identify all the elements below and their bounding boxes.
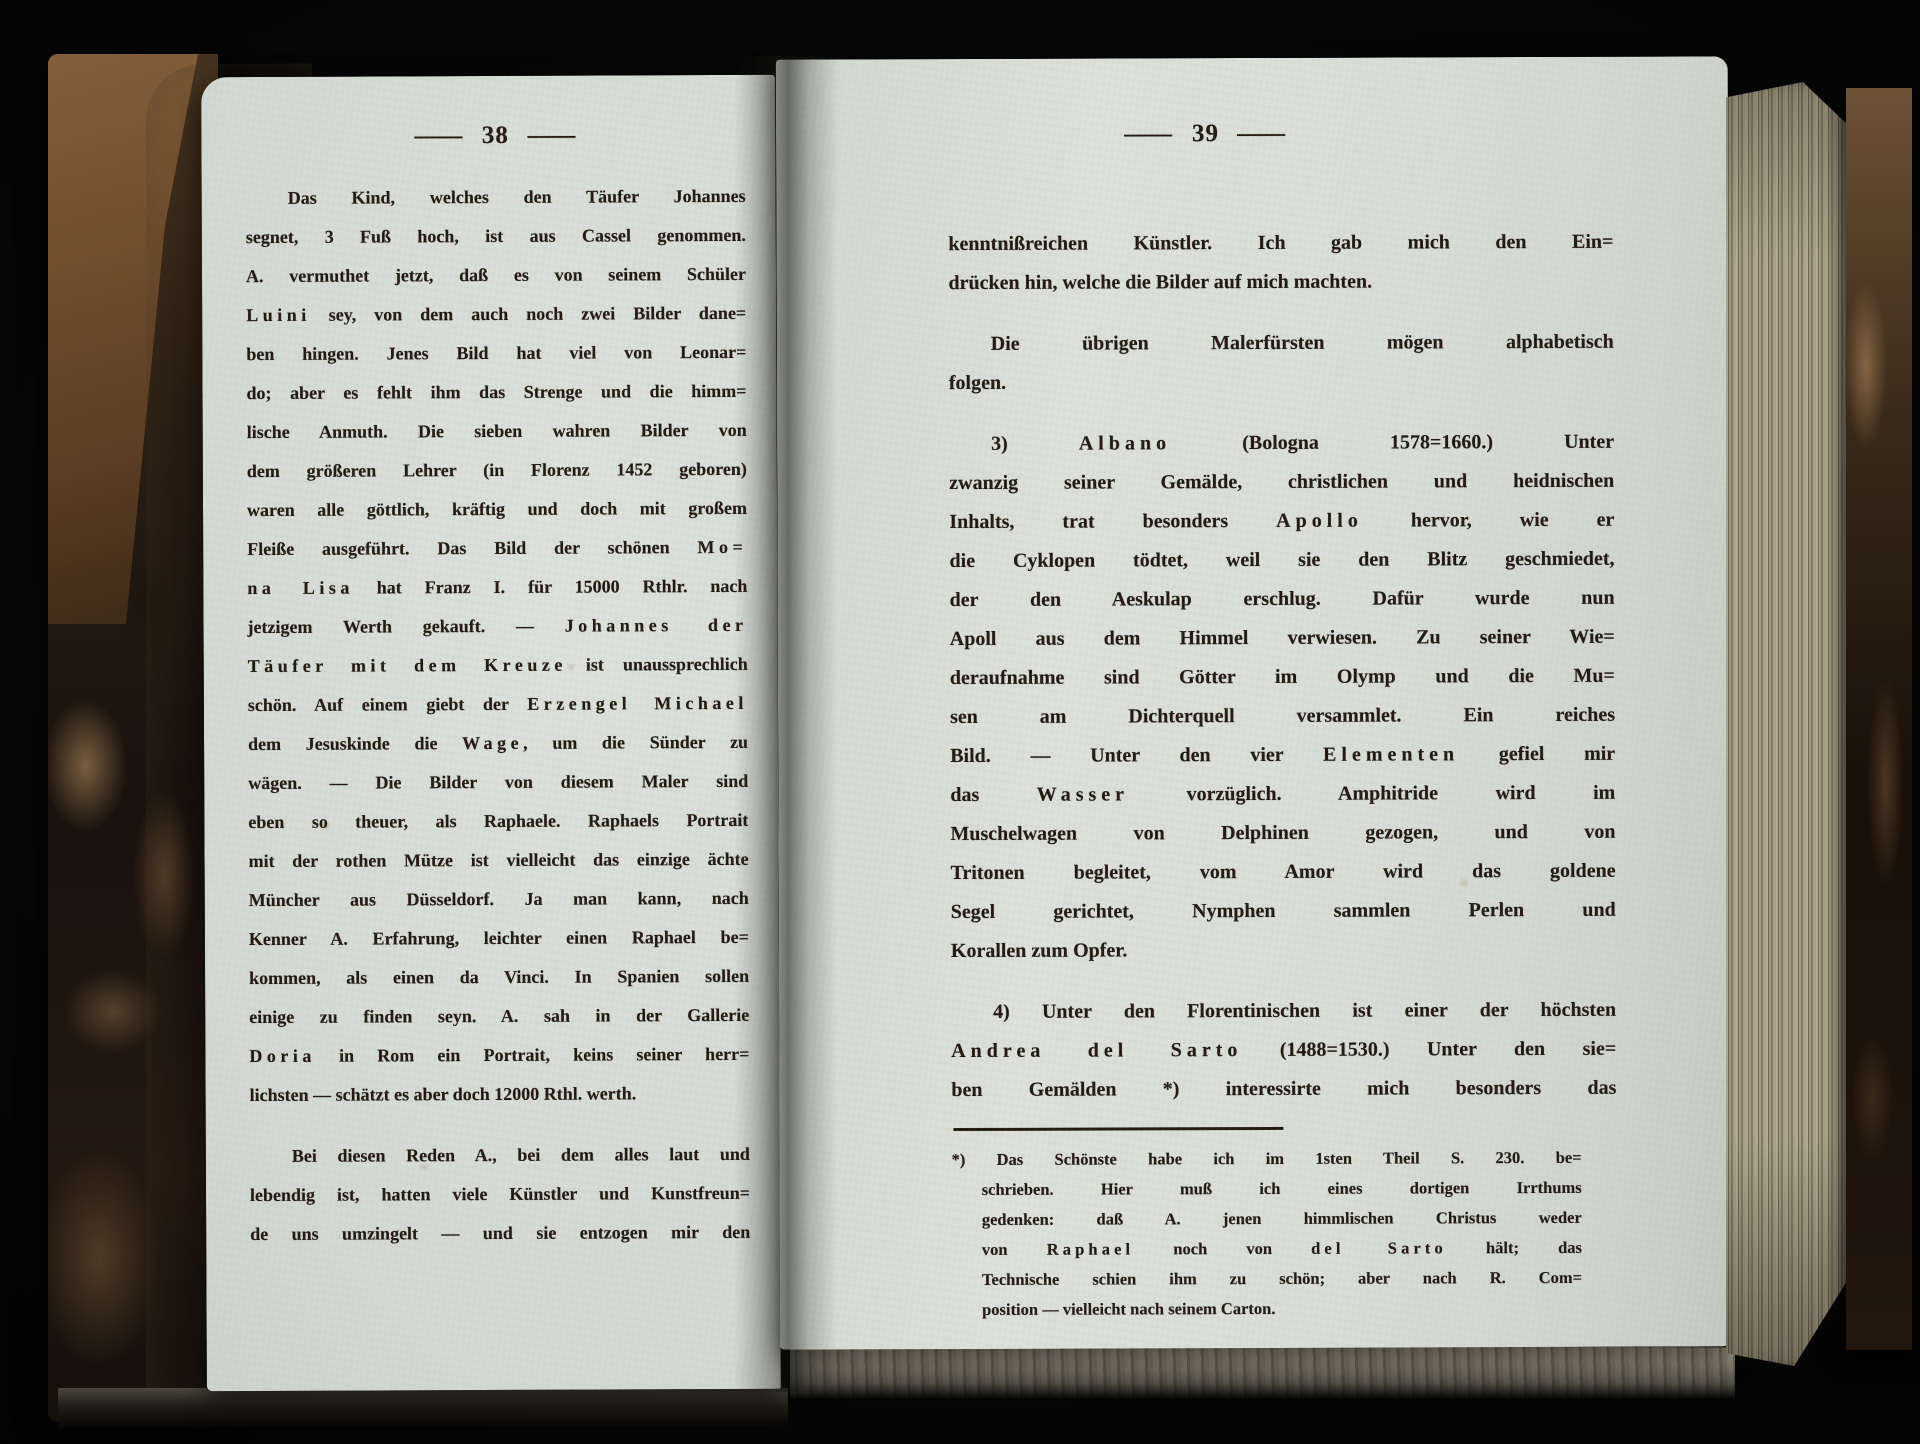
text-segment: lichsten — schätzt es aber doch 12000 Rt… bbox=[250, 1083, 637, 1105]
letterspaced-text: Apollo bbox=[1276, 510, 1363, 532]
text-segment: Apoll aus dem Himmel verwiesen. Zu seine… bbox=[950, 626, 1615, 650]
header-dash: — bbox=[527, 115, 577, 154]
letterspaced-text: Luini bbox=[246, 305, 311, 325]
page-number-header-right: — 39 — bbox=[948, 115, 1613, 151]
text-line: Bild. — Unter den vier Elementen gefiel … bbox=[950, 735, 1615, 776]
text-line: 4) Unter den Florentinischen ist einer d… bbox=[951, 991, 1616, 1032]
footnote-rule bbox=[953, 1127, 1283, 1131]
text-segment: Technische schien ihm zu schön; aber nac… bbox=[982, 1268, 1582, 1289]
text-line: lebendig ist, hatten viele Künstler und … bbox=[250, 1174, 750, 1215]
text-line: Luini sey, von dem auch noch zwei Bilder… bbox=[246, 294, 746, 335]
text-segment: Korallen zum Opfer. bbox=[951, 939, 1128, 962]
text-segment: 3) bbox=[991, 433, 1079, 455]
header-dash: — bbox=[414, 116, 464, 155]
text-line: wägen. — Die Bilder von diesem Maler sin… bbox=[248, 762, 748, 803]
letterspaced-text: Täufer mit dem Kreuze bbox=[248, 655, 567, 676]
text-line: Inhalts, trat besonders Apollo hervor, w… bbox=[949, 501, 1614, 542]
text-line: dem Jesuskinde die Wage, um die Sünder z… bbox=[248, 723, 748, 764]
paragraph: Das Kind, welches den Täufer Johannesseg… bbox=[246, 177, 750, 1115]
text-line: position — vielleicht nach seinem Carton… bbox=[982, 1293, 1582, 1325]
text-segment: lische Anmuth. Die sieben wahren Bilder … bbox=[247, 420, 747, 442]
text-segment: Das Kind, welches den Täufer Johannes bbox=[288, 186, 746, 208]
text-segment: einige zu finden seyn. A. sah in der Gal… bbox=[249, 1005, 749, 1027]
text-segment: hat Franz I. für 15000 Rthlr. nach bbox=[354, 576, 748, 598]
text-line: schön. Auf einem giebt der Erzengel Mich… bbox=[248, 684, 748, 725]
text-segment: ist unaussprechlich bbox=[567, 654, 748, 675]
text-line: Segel gerichtet, Nymphen sammlen Perlen … bbox=[951, 891, 1616, 932]
text-segment: folgen. bbox=[949, 372, 1006, 394]
text-line: Doria in Rom ein Portrait, keins seiner … bbox=[249, 1035, 749, 1076]
text-segment: A. vermuthet jetzt, daß es von seinem Sc… bbox=[246, 264, 746, 286]
left-page-text: — 38 — Das Kind, welches den Täufer Joha… bbox=[245, 117, 750, 1254]
text-segment: Inhalts, trat besonders bbox=[949, 510, 1276, 533]
text-segment: deraufnahme sind Götter im Olymp und die… bbox=[950, 665, 1615, 689]
left-page-body: Das Kind, welches den Täufer Johannesseg… bbox=[246, 177, 751, 1254]
text-line: mit der rothen Mütze ist vielleicht das … bbox=[248, 840, 748, 881]
text-line: na Lisa hat Franz I. für 15000 Rthlr. na… bbox=[247, 567, 747, 608]
page-number-left: 38 bbox=[482, 115, 509, 154]
bottom-edge-left bbox=[58, 1388, 788, 1428]
header-dash: — bbox=[1237, 113, 1287, 152]
paragraph: kenntnißreichen Künstler. Ich gab mich d… bbox=[948, 223, 1613, 303]
text-line: die Cyklopen tödtet, weil sie den Blitz … bbox=[949, 540, 1614, 581]
text-segment: das bbox=[950, 784, 1037, 806]
text-segment: von bbox=[982, 1240, 1047, 1259]
text-segment: sey, von dem auch noch zwei Bilder dane= bbox=[311, 303, 747, 325]
text-line: Andrea del Sarto (1488=1530.) Unter den … bbox=[951, 1030, 1616, 1071]
text-line: kommen, als einen da Vinci. In Spanien s… bbox=[249, 957, 749, 998]
text-line: Apoll aus dem Himmel verwiesen. Zu seine… bbox=[950, 618, 1615, 659]
letterspaced-text: Elementen bbox=[1323, 743, 1459, 765]
text-line: gedenken: daß A. jenen himmlischen Chris… bbox=[982, 1203, 1582, 1235]
page-number-right: 39 bbox=[1192, 114, 1219, 153]
text-segment: Müncher aus Düsseldorf. Ja man kann, nac… bbox=[249, 888, 749, 910]
text-segment: zwanzig seiner Gemälde, christlichen und… bbox=[949, 470, 1614, 494]
text-line: Korallen zum Opfer. bbox=[951, 930, 1616, 971]
text-segment: sen am Dichterquell versammlet. Ein reic… bbox=[950, 704, 1615, 728]
text-segment: (1488=1530.) Unter den sie= bbox=[1242, 1038, 1616, 1061]
text-segment: dem größeren Lehrer (in Florenz 1452 geb… bbox=[247, 459, 747, 481]
text-segment: waren alle göttlich, kräftig und doch mi… bbox=[247, 498, 747, 520]
text-segment: segnet, 3 Fuß hoch, ist aus Cassel genom… bbox=[246, 225, 746, 247]
text-segment: Bild. — Unter den vier bbox=[950, 744, 1323, 767]
text-segment: do; aber es fehlt ihm das Strenge und di… bbox=[246, 381, 746, 403]
text-line: Muschelwagen von Delphinen gezogen, und … bbox=[950, 813, 1615, 854]
text-segment: schön. Auf einem giebt der bbox=[248, 694, 527, 715]
text-segment: drücken hin, welche die Bilder auf mich … bbox=[948, 271, 1372, 294]
paragraph: 4) Unter den Florentinischen ist einer d… bbox=[951, 991, 1616, 1110]
text-segment: eben so theuer, als Raphaele. Raphaels P… bbox=[248, 810, 748, 832]
paragraph: Bei diesen Reden A., bei dem alles laut … bbox=[250, 1135, 751, 1254]
text-segment: Fleiße ausgeführt. Das Bild der schönen bbox=[247, 537, 697, 559]
text-line: von Raphael noch von del Sarto hält; das bbox=[982, 1233, 1582, 1265]
text-line: ben hingen. Jenes Bild hat viel von Leon… bbox=[246, 333, 746, 374]
text-segment: kommen, als einen da Vinci. In Spanien s… bbox=[249, 966, 749, 988]
text-line: segnet, 3 Fuß hoch, ist aus Cassel genom… bbox=[246, 216, 746, 257]
text-line: drücken hin, welche die Bilder auf mich … bbox=[948, 262, 1613, 303]
text-line: das Wasser vorzüglich. Amphitride wird i… bbox=[950, 774, 1615, 815]
letterspaced-text: na Lisa bbox=[247, 578, 354, 598]
right-page: — 39 — kenntnißreichen Künstler. Ich gab… bbox=[776, 56, 1732, 1349]
footnote-text: *) Das Schönste habe ich im 1sten Theil … bbox=[952, 1143, 1583, 1325]
text-line: dem größeren Lehrer (in Florenz 1452 geb… bbox=[247, 450, 747, 491]
letterspaced-text: Andrea del Sarto bbox=[951, 1039, 1242, 1062]
text-line: ben Gemälden *) interessirte mich besond… bbox=[951, 1069, 1616, 1110]
text-segment: ben hingen. Jenes Bild hat viel von Leon… bbox=[246, 342, 746, 364]
text-line: lichsten — schätzt es aber doch 12000 Rt… bbox=[249, 1074, 749, 1115]
text-segment: noch von bbox=[1134, 1239, 1311, 1259]
letterspaced-text: Wage bbox=[462, 733, 523, 753]
text-segment: Segel gerichtet, Nymphen sammlen Perlen … bbox=[951, 899, 1616, 923]
text-segment: vorzüglich. Amphitride wird im bbox=[1129, 782, 1615, 806]
text-segment: hervor, wie er bbox=[1363, 509, 1615, 532]
header-dash: — bbox=[1124, 114, 1174, 153]
text-line: deraufnahme sind Götter im Olymp und die… bbox=[950, 657, 1615, 698]
text-segment: (Bologna 1578=1660.) Unter bbox=[1171, 431, 1614, 455]
text-line: eben so theuer, als Raphaele. Raphaels P… bbox=[248, 801, 748, 842]
paragraph: Die übrigen Malerfürsten mögen alphabeti… bbox=[949, 323, 1614, 403]
text-segment: 4) Unter den Florentinischen ist einer d… bbox=[993, 999, 1616, 1023]
letterspaced-text: Erzengel Michael bbox=[527, 693, 748, 714]
book-cover-right-marbled bbox=[1846, 88, 1912, 1350]
text-segment: wägen. — Die Bilder von diesem Maler sin… bbox=[248, 771, 748, 793]
book-photo-scene: — 38 — Das Kind, welches den Täufer Joha… bbox=[0, 0, 1920, 1444]
text-line: Täufer mit dem Kreuze ist unaussprechlic… bbox=[248, 645, 748, 686]
text-line: do; aber es fehlt ihm das Strenge und di… bbox=[246, 372, 746, 413]
text-segment: gefiel mir bbox=[1459, 743, 1615, 766]
text-line: A. vermuthet jetzt, daß es von seinem Sc… bbox=[246, 255, 746, 296]
letterspaced-text: del Sarto bbox=[1311, 1238, 1447, 1257]
text-segment: der den Aeskulap erschlug. Dafür wurde n… bbox=[950, 587, 1615, 611]
text-line: einige zu finden seyn. A. sah in der Gal… bbox=[249, 996, 749, 1037]
right-page-body: kenntnißreichen Künstler. Ich gab mich d… bbox=[948, 223, 1616, 1110]
text-line: folgen. bbox=[949, 362, 1614, 403]
text-line: Die übrigen Malerfürsten mögen alphabeti… bbox=[949, 323, 1614, 364]
text-line: Kenner A. Erfahrung, leichter einen Raph… bbox=[249, 918, 749, 959]
text-line: Müncher aus Düsseldorf. Ja man kann, nac… bbox=[249, 879, 749, 920]
text-line: waren alle göttlich, kräftig und doch mi… bbox=[247, 489, 747, 530]
text-segment: position — vielleicht nach seinem Carton… bbox=[982, 1299, 1275, 1319]
page-number-header-left: — 38 — bbox=[245, 117, 745, 153]
text-segment: hält; das bbox=[1447, 1238, 1582, 1257]
text-segment: Muschelwagen von Delphinen gezogen, und … bbox=[950, 821, 1615, 845]
text-line: Technische schien ihm zu schön; aber nac… bbox=[982, 1263, 1582, 1295]
text-segment: gedenken: daß A. jenen himmlischen Chris… bbox=[982, 1208, 1582, 1229]
text-segment: mit der rothen Mütze ist vielleicht das … bbox=[249, 849, 749, 871]
paragraph: 3) Albano (Bologna 1578=1660.) Unterzwan… bbox=[949, 423, 1616, 971]
text-segment: Die übrigen Malerfürsten mögen alphabeti… bbox=[991, 331, 1614, 355]
letterspaced-text: Doria bbox=[249, 1046, 316, 1066]
text-line: 3) Albano (Bologna 1578=1660.) Unter bbox=[949, 423, 1614, 464]
text-line: der den Aeskulap erschlug. Dafür wurde n… bbox=[950, 579, 1615, 620]
text-segment: ben Gemälden *) interessirte mich besond… bbox=[951, 1077, 1616, 1101]
text-line: Bei diesen Reden A., bei dem alles laut … bbox=[250, 1135, 750, 1176]
text-segment: Tritonen begleitet, vom Amor wird das go… bbox=[951, 860, 1616, 884]
letterspaced-text: Raphael bbox=[1047, 1239, 1135, 1258]
left-page: — 38 — Das Kind, welches den Täufer Joha… bbox=[201, 75, 781, 1391]
text-segment: Kenner A. Erfahrung, leichter einen Raph… bbox=[249, 927, 749, 949]
letterspaced-text: Albano bbox=[1079, 432, 1171, 454]
text-line: Fleiße ausgeführt. Das Bild der schönen … bbox=[247, 528, 747, 569]
text-segment: die Cyklopen tödtet, weil sie den Blitz … bbox=[949, 548, 1614, 572]
text-segment: *) Das Schönste habe ich im 1sten Theil … bbox=[952, 1148, 1582, 1169]
text-line: schrieben. Hier muß ich eines dortigen I… bbox=[982, 1173, 1582, 1205]
text-line: Das Kind, welches den Täufer Johannes bbox=[246, 177, 746, 218]
fore-edge-right-stack bbox=[1726, 82, 1850, 1366]
text-segment: kenntnißreichen Künstler. Ich gab mich d… bbox=[948, 231, 1613, 255]
text-segment: lebendig ist, hatten viele Künstler und … bbox=[250, 1183, 750, 1205]
text-line: Tritonen begleitet, vom Amor wird das go… bbox=[951, 852, 1616, 893]
text-line: sen am Dichterquell versammlet. Ein reic… bbox=[950, 696, 1615, 737]
text-segment: de uns umzingelt — und sie entzogen mir … bbox=[250, 1222, 750, 1244]
text-line: kenntnißreichen Künstler. Ich gab mich d… bbox=[948, 223, 1613, 264]
text-segment: in Rom ein Portrait, keins seiner herr= bbox=[316, 1044, 750, 1066]
text-line: zwanzig seiner Gemälde, christlichen und… bbox=[949, 462, 1614, 503]
letterspaced-text: Wasser bbox=[1037, 783, 1129, 805]
text-line: jetzigem Werth gekauft. — Johannes der bbox=[247, 606, 747, 647]
text-segment: schrieben. Hier muß ich eines dortigen I… bbox=[982, 1178, 1582, 1199]
text-segment: Bei diesen Reden A., bei dem alles laut … bbox=[292, 1144, 750, 1166]
text-line: *) Das Schönste habe ich im 1sten Theil … bbox=[952, 1143, 1582, 1175]
bottom-edge-right bbox=[790, 1344, 1735, 1400]
text-segment: dem Jesuskinde die bbox=[248, 733, 462, 754]
right-page-text: — 39 — kenntnißreichen Künstler. Ich gab… bbox=[948, 115, 1617, 1325]
letterspaced-text: Mo= bbox=[697, 537, 747, 557]
text-line: de uns umzingelt — und sie entzogen mir … bbox=[250, 1213, 750, 1254]
letterspaced-text: Johannes der bbox=[565, 615, 748, 636]
text-segment: , um die Sünder zu bbox=[523, 732, 748, 753]
text-line: lische Anmuth. Die sieben wahren Bilder … bbox=[247, 411, 747, 452]
text-segment: jetzigem Werth gekauft. — bbox=[247, 616, 564, 637]
